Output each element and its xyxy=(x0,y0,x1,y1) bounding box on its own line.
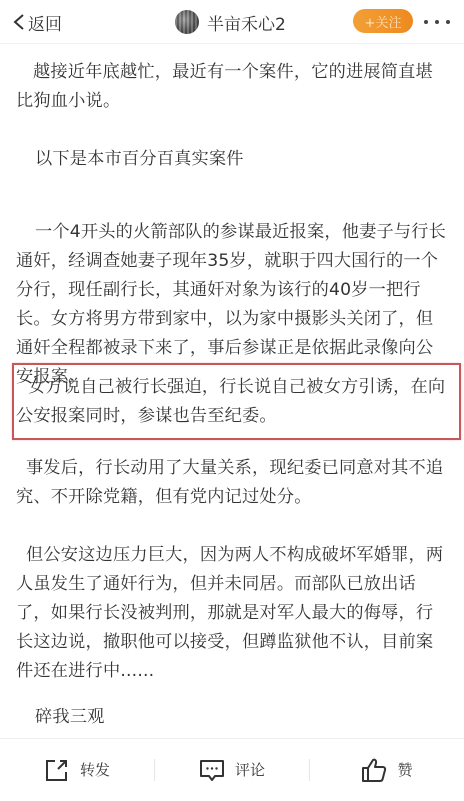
paragraph-subtitle: 以下是本市百分百真实案件 xyxy=(16,145,448,174)
back-label: 返回 xyxy=(28,10,62,35)
more-dots-icon[interactable] xyxy=(424,12,450,32)
chevron-left-icon xyxy=(12,13,26,31)
paragraph-highlighted: 女方说自己被行长强迫，行长说自己被女方引诱，在向公安报案同时，参谋也告至纪委。 xyxy=(16,373,448,431)
paragraph-intro: 越接近年底越忙，最近有一个案件，它的进展简直堪比狗血小说。 xyxy=(16,58,448,116)
top-navigation-bar: 返回 半亩禾心2 +关注 xyxy=(0,0,464,44)
avatar[interactable] xyxy=(175,10,199,34)
share-button[interactable]: 转发 xyxy=(0,739,154,801)
paragraph-closing: 碎我三观 xyxy=(16,703,448,732)
dot xyxy=(424,20,428,24)
username[interactable]: 半亩禾心2 xyxy=(207,10,286,35)
like-label: 赞 xyxy=(397,759,412,780)
paragraph-police: 但公安这边压力巨大，因为两人不构成破坏军婚罪，两人虽发生了通奸行为，但并未同居。… xyxy=(16,541,448,686)
comment-label: 评论 xyxy=(235,759,265,780)
like-button[interactable]: 赞 xyxy=(310,739,464,801)
comment-button[interactable]: 评论 xyxy=(155,739,309,801)
back-button[interactable]: 返回 xyxy=(12,8,62,36)
dot xyxy=(446,20,450,24)
comment-icon xyxy=(199,757,225,783)
follow-button[interactable]: +关注 xyxy=(353,9,413,33)
paragraph-aftermath: 事发后，行长动用了大量关系，现纪委已同意对其不追究、不开除党籍，但有党内记过处分… xyxy=(16,454,448,512)
dot xyxy=(435,20,439,24)
thumbs-up-icon xyxy=(361,757,387,783)
user-info[interactable]: 半亩禾心2 xyxy=(175,7,286,37)
action-bar: 转发 评论 赞 xyxy=(0,738,464,800)
share-label: 转发 xyxy=(80,759,110,780)
share-icon xyxy=(44,757,70,783)
